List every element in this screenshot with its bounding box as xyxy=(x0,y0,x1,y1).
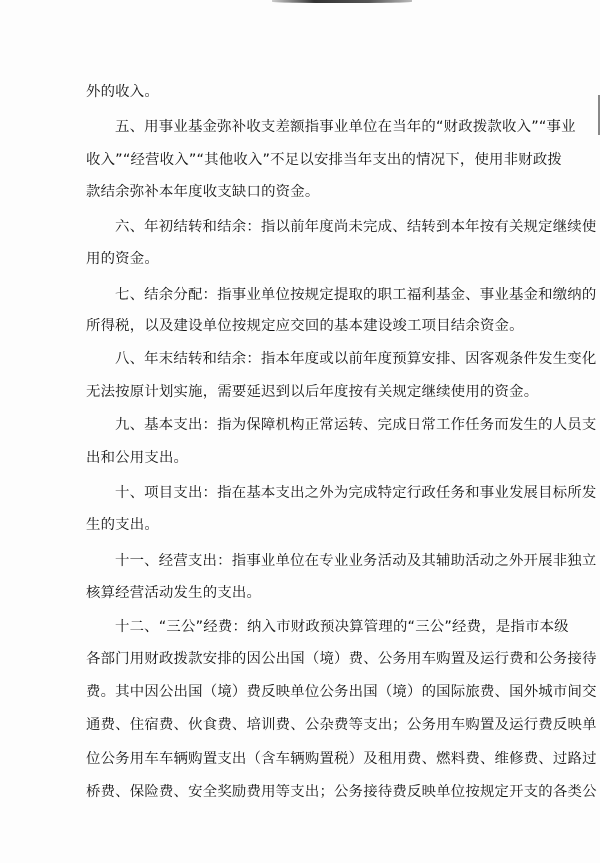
text-line: 收入”“经营收入”“其他收入”不足以安排当年支出的情况下，使用非财政拨 xyxy=(86,144,562,177)
text-line: 十一、经营支出：指事业单位在专业业务活动及其辅助活动之外开展非独立 xyxy=(115,545,597,578)
text-line: 费。其中因公出国（境）费反映单位公务出国（境）的国际旅费、国外城市间交 xyxy=(86,676,597,709)
text-line: 位公务用车车辆购置支出（含车辆购置税）及租用费、燃料费、维修费、过路过 xyxy=(86,743,597,776)
scan-artifact-top xyxy=(272,0,412,3)
text-line: 七、结余分配：指事业单位按规定提取的职工福利基金、事业基金和缴纳的 xyxy=(115,279,597,312)
text-line: 十二、“三公”经费：纳入市财政预决算管理的“三公”经费，是指市本级 xyxy=(115,611,569,644)
text-line: 桥费、保险费、安全奖励费用等支出；公务接待费反映单位按规定开支的各类公 xyxy=(86,776,597,809)
text-line: 用的资金。 xyxy=(86,243,159,276)
text-line: 外的收入。 xyxy=(86,76,159,109)
text-line: 出和公用支出。 xyxy=(86,442,188,475)
text-line: 通费、住宿费、伙食费、培训费、公杂费等支出；公务用车购置及运行费反映单 xyxy=(86,709,597,742)
text-line: 所得税，以及建设单位按规定应交回的基本建设竣工项目结余资金。 xyxy=(86,310,524,343)
text-line: 无法按原计划实施，需要延迟到以后年度按有关规定继续使用的资金。 xyxy=(86,376,538,409)
text-line: 各部门用财政拨款安排的因公出国（境）费、公务用车购置及运行费和公务接待 xyxy=(86,643,597,676)
text-line: 八、年末结转和结余：指本年度或以前年度预算安排、因客观条件发生变化 xyxy=(115,343,597,376)
text-line: 生的支出。 xyxy=(86,509,159,542)
text-line: 核算经营活动发生的支出。 xyxy=(86,577,261,610)
text-line: 十、项目支出：指在基本支出之外为完成特定行政任务和事业发展目标所发 xyxy=(115,477,597,510)
text-line: 六、年初结转和结余：指以前年度尚未完成、结转到本年按有关规定继续使 xyxy=(115,211,597,244)
text-line: 九、基本支出：指为保障机构正常运转、完成日常工作任务而发生的人员支 xyxy=(115,409,597,442)
text-line: 五、用事业基金弥补收支差额指事业单位在当年的“财政拨款收入”“事业 xyxy=(115,111,576,144)
text-line: 款结余弥补本年度收支缺口的资金。 xyxy=(86,176,319,209)
